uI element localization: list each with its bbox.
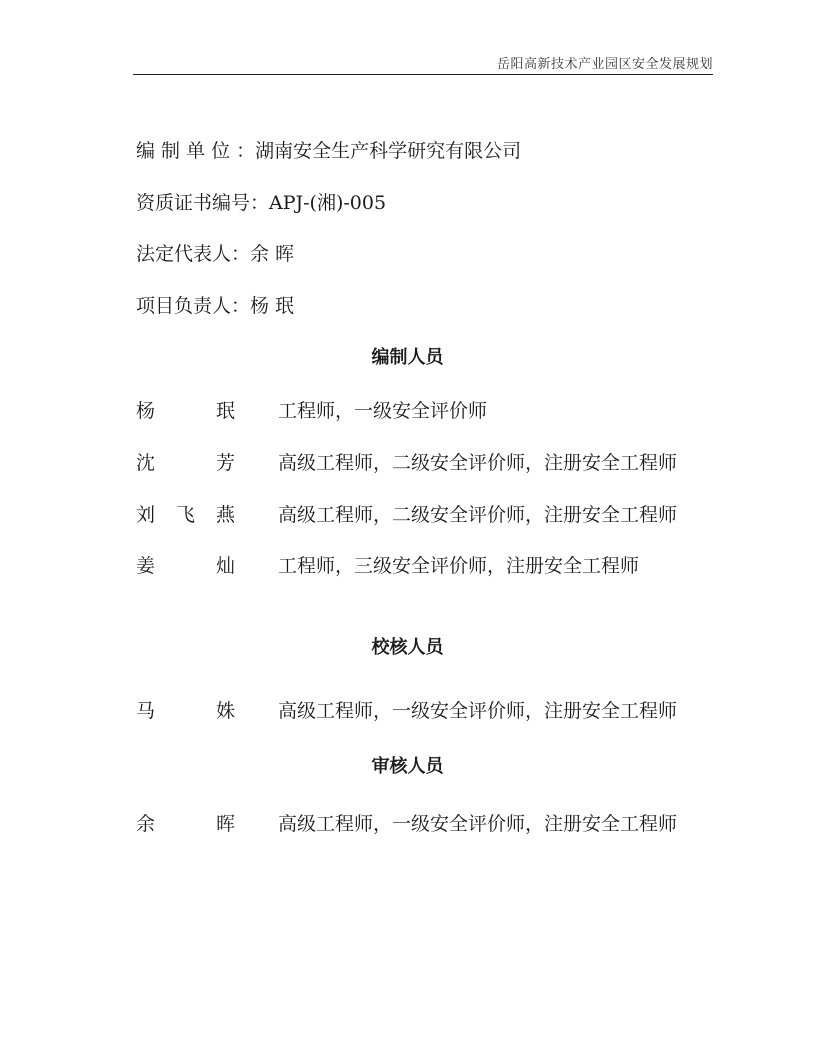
name-char: 晖 [216,812,235,836]
person-title: 工程师，三级安全评价师，注册安全工程师 [278,554,639,578]
header-title: 岳阳高新技术产业园区安全发展规划 [497,53,713,72]
person-row: 沈 芳 高级工程师，二级安全评价师，注册安全工程师 [136,451,736,475]
person-title: 高级工程师，二级安全评价师，注册安全工程师 [278,503,677,527]
name-char: 灿 [216,554,235,578]
person-title: 高级工程师，一级安全评价师，注册安全工程师 [278,812,677,836]
name-char: 刘 [136,503,155,527]
name-char: 姜 [136,554,155,578]
certificate-value: APJ-(湘)-005 [269,192,386,214]
section-title-reviewers: 审核人员 [0,755,815,779]
info-legal-rep: 法定代表人：余 晖 [136,242,294,266]
info-certificate: 资质证书编号：APJ-(湘)-005 [136,191,386,215]
name-char: 珉 [216,399,235,423]
person-row: 刘 飞 燕 高级工程师，二级安全评价师，注册安全工程师 [136,503,736,527]
section-title-compilers: 编制人员 [0,346,815,370]
name-char: 芳 [216,451,235,475]
name-char: 余 [136,812,155,836]
name-char: 飞 [176,503,195,527]
name-char: 杨 [136,399,155,423]
project-lead-value: 杨 珉 [250,295,294,317]
section-title-checkers: 校核人员 [0,636,815,660]
legal-rep-value: 余 晖 [250,243,294,265]
name-char: 马 [136,699,155,723]
name-char: 沈 [136,451,155,475]
page-header: 岳阳高新技术产业园区安全发展规划 [133,50,713,75]
organization-value: 湖南安全生产科学研究有限公司 [255,140,521,162]
info-organization: 编 制 单 位 ：湖南安全生产科学研究有限公司 [136,139,521,163]
person-title: 工程师，一级安全评价师 [278,399,487,423]
organization-label: 编 制 单 位 ： [136,140,255,162]
name-char: 燕 [216,503,235,527]
info-project-lead: 项目负责人：杨 珉 [136,294,294,318]
person-row: 余 晖 高级工程师，一级安全评价师，注册安全工程师 [136,812,736,836]
certificate-label: 资质证书编号： [136,192,269,214]
person-row: 姜 灿 工程师，三级安全评价师，注册安全工程师 [136,554,736,578]
name-char: 姝 [216,699,235,723]
person-row: 杨 珉 工程师，一级安全评价师 [136,399,736,423]
person-title: 高级工程师，一级安全评价师，注册安全工程师 [278,699,677,723]
person-row: 马 姝 高级工程师，一级安全评价师，注册安全工程师 [136,699,736,723]
legal-rep-label: 法定代表人： [136,243,250,265]
person-title: 高级工程师，二级安全评价师，注册安全工程师 [278,451,677,475]
project-lead-label: 项目负责人： [136,295,250,317]
